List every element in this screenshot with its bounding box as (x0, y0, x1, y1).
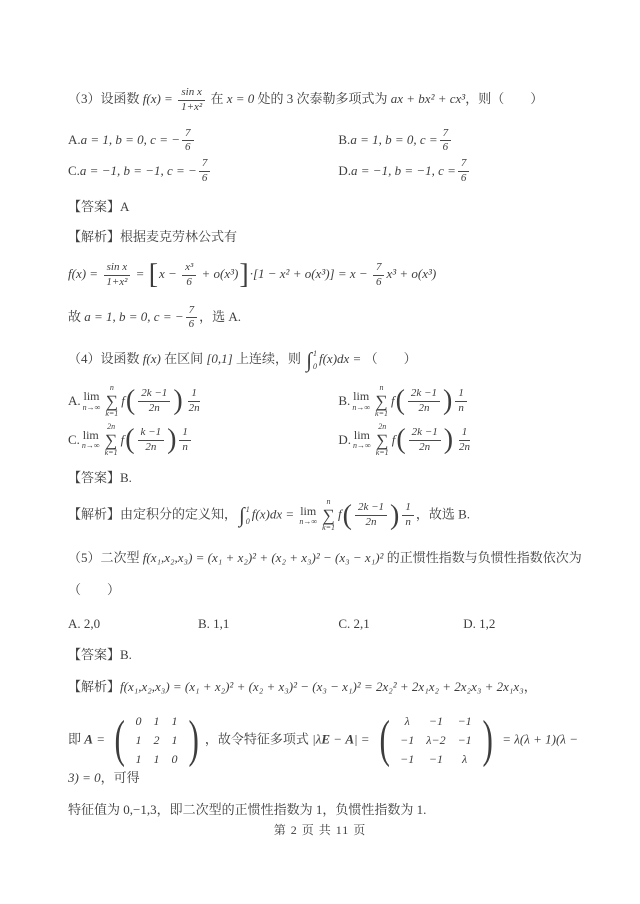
denominator: 2n (146, 402, 163, 416)
numerator: 1 (179, 426, 191, 441)
bracket: ) (167, 426, 176, 454)
matrix-cell: 0 (166, 750, 184, 768)
text: B. (338, 392, 350, 411)
bracket: ] (239, 259, 248, 290)
q3-analysis-head: 【解析】根据麦克劳林公式有 (68, 228, 588, 247)
sum-lower: k=1 (105, 449, 118, 458)
numerator: 1 (455, 387, 467, 402)
text: （4）设函数 (68, 351, 143, 366)
question-4: （4）设函数 f(x) 在区间 [0,1] 上连续，则 ∫10f(x)dx = … (68, 348, 588, 372)
limit: limn→∞ (299, 505, 317, 527)
matrix-left-paren: ( (115, 717, 125, 764)
fraction: sin x1+x² (178, 86, 205, 115)
text: 在 (207, 91, 227, 106)
fraction: 2k −12n (408, 387, 440, 416)
limit-word: lim (83, 390, 99, 403)
numerator: 1 (459, 426, 471, 441)
q5-option-b: B. 1,1 (198, 615, 338, 634)
math-text: |λ (312, 731, 321, 746)
denominator: 2n (416, 441, 433, 455)
q3-option-b: B. a = 1, b = 0, c = 76 (338, 127, 453, 156)
numerator: 7 (182, 127, 194, 142)
text: D. (338, 162, 351, 181)
matrix-grid: 011121110 (129, 712, 185, 769)
matrix-cell: 1 (148, 712, 166, 730)
text: ，故令特征多项式 (205, 731, 312, 746)
text: A. (68, 131, 81, 150)
fraction: x³6 (182, 261, 196, 290)
matrix-cell: λ−2 (420, 731, 451, 749)
numerator: 7 (199, 157, 211, 172)
numerator: sin x (104, 261, 130, 276)
math-text: x − (159, 266, 180, 281)
limit: limn→∞ (352, 390, 370, 412)
math-text: ·[1 − x² + o(x³)] = x − (250, 266, 371, 281)
numerator: 2k −1 (138, 387, 170, 402)
denominator: 6 (458, 172, 470, 186)
numerator: 7 (186, 304, 198, 319)
math-text: | = (354, 731, 373, 746)
text: B. 1,1 (198, 615, 229, 634)
question-3: （3）设函数 f(x) = sin x1+x² 在 x = 0 处的 3 次泰勒… (68, 86, 588, 115)
fraction: k −12n (138, 426, 165, 455)
fraction: 2k −12n (138, 387, 170, 416)
limit-lower: n→∞ (353, 442, 371, 451)
math-text: f (392, 431, 396, 450)
limit-lower: n→∞ (352, 404, 370, 413)
math-text: f(x) = (68, 266, 101, 281)
integral-upper: 1 (246, 504, 250, 516)
q5-options: A. 2,0B. 1,1C. 2,1D. 1,2 (68, 615, 588, 634)
math-text: f (121, 392, 125, 411)
sigma-sum: 2n∑k=1 (105, 423, 118, 458)
q5-option-c: C. 2,1 (338, 615, 463, 634)
limit-lower: n→∞ (299, 518, 317, 527)
text: A. 2,0 (68, 615, 100, 634)
sigma-icon: ∑ (106, 393, 118, 410)
integral-lower: 0 (313, 361, 317, 373)
denominator: 1+x² (103, 276, 130, 290)
denominator: 1+x² (178, 101, 205, 115)
denominator: 6 (183, 276, 195, 290)
denominator: n (402, 516, 414, 530)
sigma-sum: n∑k=1 (375, 384, 388, 419)
fraction: 76 (186, 304, 198, 333)
denominator: 2n (456, 441, 473, 455)
q5-eigenvalues: 特征值为 0,−1,3，即二次型的正惯性指数为 1，负惯性指数为 1. (68, 801, 588, 820)
text: 在区间 (161, 351, 207, 366)
bracket: ) (173, 387, 182, 415)
bracket: ( (343, 500, 352, 531)
q3-option-c: C. a = −1, b = −1, c = −76 (68, 157, 338, 186)
sigma-icon: ∑ (105, 432, 117, 449)
limit: limn→∞ (82, 429, 100, 451)
sigma-icon: ∑ (375, 393, 387, 410)
math-text: f(x)dx = (319, 351, 365, 366)
math-text: − (330, 731, 345, 746)
q4-option-d: D. limn→∞2n∑k=1f(2k −12n)12n (338, 423, 475, 458)
q3-formula: f(x) = sin x1+x² = [x − x³6 + o(x³)]·[1 … (68, 261, 588, 290)
matrix-right-paren: ) (188, 717, 198, 764)
numerator: sin x (178, 86, 204, 101)
text: （ ） (365, 351, 417, 366)
math-bold: E (321, 731, 330, 746)
q3-options-2: C. a = −1, b = −1, c = −76D. a = −1, b =… (68, 157, 588, 186)
sigma-sum: 2n∑k=1 (376, 423, 389, 458)
sigma-icon: ∑ (376, 432, 388, 449)
matrix-left-paren: ( (379, 717, 389, 764)
matrix-cell: λ (394, 712, 420, 730)
numerator: 7 (373, 261, 385, 276)
text: （ ） (68, 582, 120, 597)
text: 故 (68, 309, 84, 324)
text: 【答案】A (68, 199, 129, 214)
denominator: 6 (440, 141, 452, 155)
math-bold: A (84, 731, 93, 746)
math-text: f (391, 392, 395, 411)
sigma-sum: n∑k=1 (105, 384, 118, 419)
matrix-cell: 0 (130, 712, 148, 730)
denominator: 2n (415, 402, 432, 416)
math-text: a = −1, b = −1, c = (351, 162, 456, 181)
q4-option-a: A. limn→∞n∑k=1f(2k −12n)12n (68, 384, 338, 419)
denominator: 6 (373, 276, 385, 290)
bracket: ( (125, 426, 134, 454)
text: ，选 A. (199, 309, 241, 324)
numerator: 2k −1 (408, 387, 440, 402)
matrix-cell: 2 (148, 731, 166, 749)
text: 【答案】B. (68, 647, 132, 662)
numerator: 1 (188, 387, 200, 402)
bracket: ( (396, 426, 405, 454)
math-text: f(x) (143, 351, 161, 366)
sum-lower: k=1 (375, 410, 388, 419)
numerator: 1 (402, 501, 414, 516)
bracket: [ (149, 259, 158, 290)
matrix-cell: 1 (166, 731, 184, 749)
limit-lower: n→∞ (82, 442, 100, 451)
matrix: (λ−1−1−1λ−2−1−1−1λ) (376, 712, 496, 769)
text: 【答案】B. (68, 470, 132, 485)
sum-lower: k=1 (105, 410, 118, 419)
text: （3）设函数 (68, 91, 143, 106)
matrix-cell: λ (452, 750, 478, 768)
integral-upper: 1 (313, 348, 317, 360)
bracket: ) (444, 426, 453, 454)
text: 【解析】根据麦克劳林公式有 (68, 229, 237, 244)
fraction: 12n (186, 387, 203, 416)
integral: ∫10 (306, 348, 317, 372)
text: 特征值为 0,−1,3，即二次型的正惯性指数为 1，负惯性指数为 1. (68, 802, 426, 817)
bracket: ) (390, 500, 399, 531)
q5-matrix-line: 即 A = (011121110)，故令特征多项式 |λE − A| = (λ−… (68, 712, 588, 787)
math-text: = (93, 731, 108, 746)
integral-limits: 10 (313, 348, 317, 372)
page-footer: 第 2 页 共 11 页 (0, 821, 640, 838)
text: C. 2,1 (338, 615, 369, 634)
integral-lower: 0 (246, 516, 250, 528)
math-text: f (121, 431, 125, 450)
matrix-cell: −1 (420, 712, 451, 730)
q4-option-c: C. limn→∞2n∑k=1f(k −12n)1n (68, 423, 338, 458)
q4-analysis: 【解析】由定积分的定义知，∫10f(x)dx = limn→∞n∑k=1f(2k… (68, 498, 588, 533)
fraction: 12n (456, 426, 473, 455)
text: 【解析】 (68, 679, 120, 694)
limit: limn→∞ (83, 390, 101, 412)
text: A. (68, 392, 81, 411)
q4-options-2: C. limn→∞2n∑k=1f(k −12n)1nD. limn→∞2n∑k=… (68, 423, 588, 458)
math-text: [0,1] (206, 351, 232, 366)
sigma-icon: ∑ (322, 507, 334, 524)
math-bold: A (345, 731, 354, 746)
text: ，则（ ） (465, 91, 543, 106)
numerator: 2k −1 (355, 501, 387, 516)
fraction: 1n (455, 387, 467, 416)
q3-options-1: A. a = 1, b = 0, c = −76B. a = 1, b = 0,… (68, 127, 588, 156)
text: ，可得 (101, 770, 140, 785)
denominator: 6 (199, 172, 211, 186)
text: C. (68, 431, 80, 450)
text: B. (338, 131, 350, 150)
matrix-cell: −1 (394, 731, 420, 749)
math-text: a = 1, b = 0, c = − (84, 309, 183, 324)
numerator: k −1 (138, 426, 165, 441)
q3-option-a: A. a = 1, b = 0, c = −76 (68, 127, 338, 156)
q5-answer: 【答案】B. (68, 646, 588, 665)
math-text: f(x₁,x₂,x₃) = (x₁ + x₂)² + (x₂ + x₃)² − … (143, 550, 384, 565)
q3-conclusion: 故 a = 1, b = 0, c = −76，选 A. (68, 304, 588, 333)
fraction: 76 (182, 127, 194, 156)
fraction: 1n (402, 501, 414, 530)
fraction: 2k −12n (355, 501, 387, 530)
matrix-grid: λ−1−1−1λ−2−1−1−1λ (393, 712, 479, 769)
matrix: (011121110) (111, 712, 202, 769)
numerator: 7 (440, 127, 452, 142)
q5-paren: （ ） (68, 581, 588, 600)
bracket: ( (126, 387, 135, 415)
fraction: sin x1+x² (103, 261, 130, 290)
integral-icon: ∫ (239, 505, 245, 526)
document-page: （3）设函数 f(x) = sin x1+x² 在 x = 0 处的 3 次泰勒… (0, 0, 640, 904)
page-number: 第 2 页 共 11 页 (274, 823, 367, 837)
denominator: n (179, 441, 191, 455)
numerator: x³ (182, 261, 196, 276)
matrix-cell: 1 (148, 750, 166, 768)
text: C. (68, 162, 80, 181)
denominator: n (455, 402, 467, 416)
q5-analysis: 【解析】f(x₁,x₂,x₃) = (x₁ + x₂)² + (x₂ + x₃)… (68, 678, 588, 697)
numerator: 2k −1 (409, 426, 441, 441)
matrix-cell: 1 (130, 731, 148, 749)
matrix-cell: −1 (394, 750, 420, 768)
matrix-cell: 1 (166, 712, 184, 730)
bracket: ( (396, 387, 405, 415)
matrix-cell: 1 (130, 750, 148, 768)
text: （5）二次型 (68, 550, 143, 565)
math-text: x³ + o(x³) (386, 266, 436, 281)
matrix-cell: −1 (420, 750, 451, 768)
matrix-cell: −1 (452, 712, 478, 730)
q3-answer: 【答案】A (68, 198, 588, 217)
math-text: f (338, 507, 342, 522)
denominator: 2n (186, 402, 203, 416)
fraction: 76 (440, 127, 452, 156)
limit-word: lim (353, 390, 369, 403)
text: 【解析】由定积分的定义知， (68, 507, 237, 522)
math-text: a = −1, b = −1, c = − (80, 162, 197, 181)
text: 处的 3 次泰勒多项式为 (254, 91, 391, 106)
text: 即 (68, 731, 84, 746)
sum-lower: k=1 (322, 524, 335, 533)
fraction: 1n (179, 426, 191, 455)
fraction: 2k −12n (409, 426, 441, 455)
denominator: 6 (182, 141, 194, 155)
text: D. (338, 431, 351, 450)
sum-lower: k=1 (376, 449, 389, 458)
fraction: 76 (458, 157, 470, 186)
bracket: ) (443, 387, 452, 415)
integral: ∫10 (239, 504, 250, 528)
math-text: a = 1, b = 0, c = (350, 131, 437, 150)
text: 的正惯性指数与负惯性指数依次为 (383, 550, 581, 565)
sigma-sum: n∑k=1 (322, 498, 335, 533)
fraction: 76 (199, 157, 211, 186)
matrix-right-paren: ) (482, 717, 492, 764)
text: D. 1,2 (463, 615, 495, 634)
fraction: 76 (373, 261, 385, 290)
math-text: f(x) = (143, 91, 176, 106)
limit: limn→∞ (353, 429, 371, 451)
question-5: （5）二次型 f(x₁,x₂,x₃) = (x₁ + x₂)² + (x₂ + … (68, 549, 588, 568)
document-content: （3）设函数 f(x) = sin x1+x² 在 x = 0 处的 3 次泰勒… (0, 0, 640, 820)
limit-lower: n→∞ (83, 404, 101, 413)
math-text: = (132, 266, 147, 281)
q4-options-1: A. limn→∞n∑k=1f(2k −12n)12nB. limn→∞n∑k=… (68, 384, 588, 419)
text: ， (524, 679, 537, 694)
text: ，故选 B. (416, 507, 470, 522)
math-text: f(x)dx = (252, 507, 298, 522)
denominator: 2n (363, 516, 380, 530)
q4-option-b: B. limn→∞n∑k=1f(2k −12n)1n (338, 384, 468, 419)
math-text: + o(x³) (198, 266, 238, 281)
text: 上连续，则 (233, 351, 305, 366)
denominator: 6 (186, 318, 198, 332)
integral-limits: 10 (246, 504, 250, 528)
q5-option-a: A. 2,0 (68, 615, 198, 634)
math-text: f(x₁,x₂,x₃) = (x₁ + x₂)² + (x₂ + x₃)² − … (120, 679, 524, 694)
denominator: 2n (142, 441, 159, 455)
q3-option-d: D. a = −1, b = −1, c = 76 (338, 157, 471, 186)
math-text: a = 1, b = 0, c = − (81, 131, 180, 150)
numerator: 7 (458, 157, 470, 172)
q5-option-d: D. 1,2 (463, 615, 495, 634)
integral-icon: ∫ (306, 350, 312, 371)
q4-answer: 【答案】B. (68, 469, 588, 488)
limit-word: lim (300, 505, 316, 518)
matrix-cell: −1 (452, 731, 478, 749)
math-text: ax + bx² + cx³ (391, 91, 465, 106)
math-text: x = 0 (227, 91, 255, 106)
